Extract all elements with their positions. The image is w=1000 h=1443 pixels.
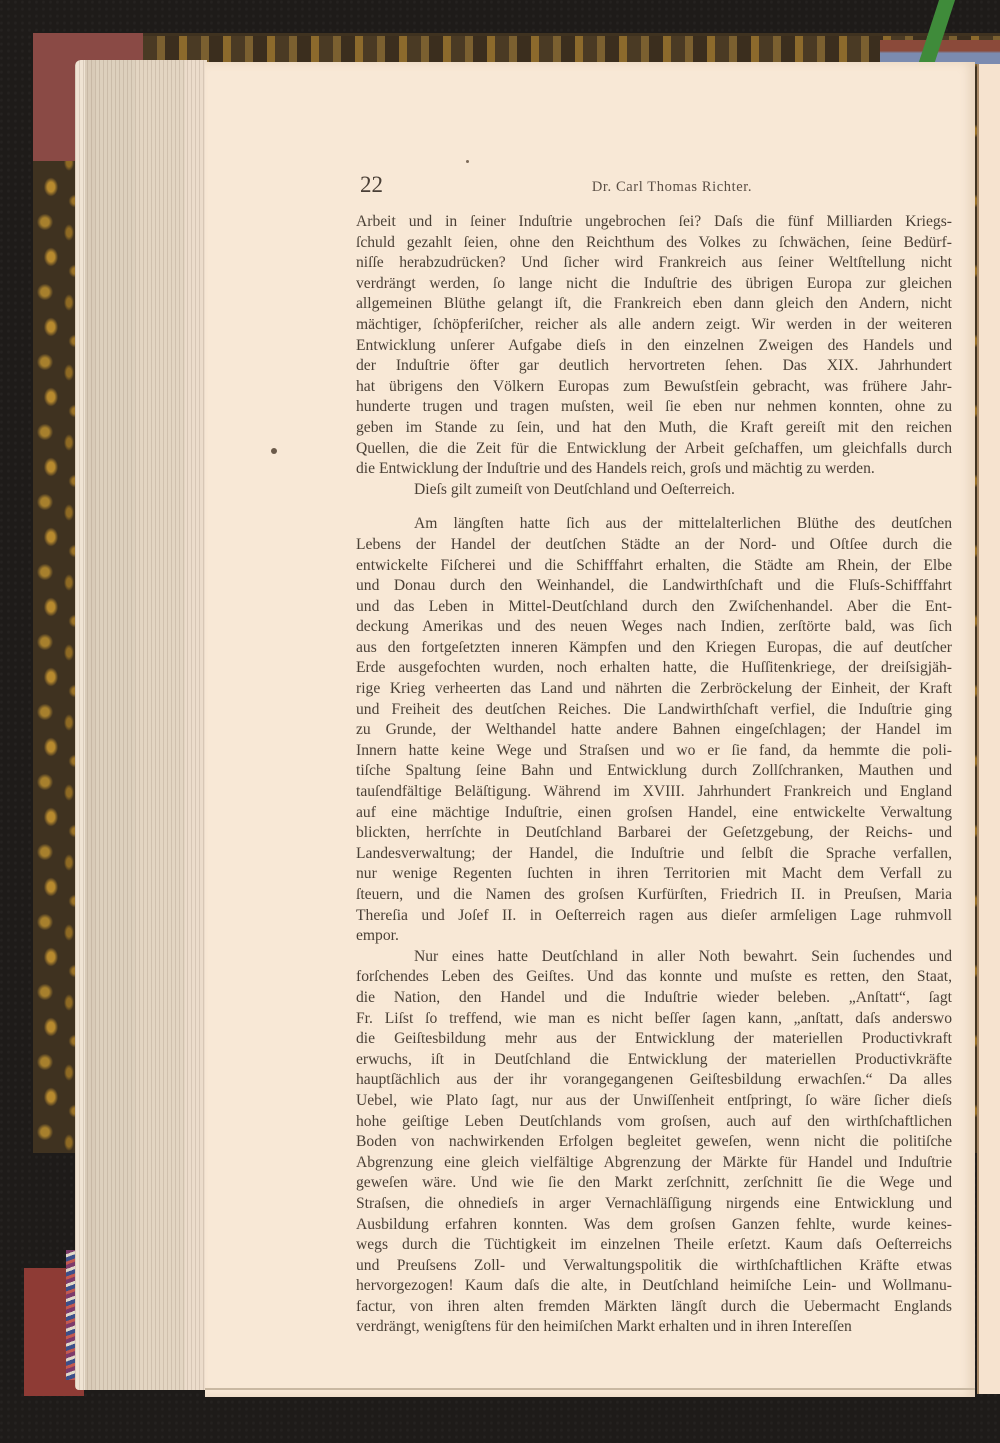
text-line: Landesverwaltung; der Handel, die Induſt… [356, 844, 952, 865]
paragraph: Dieſs gilt zumeiſt von Deutſchland und O… [356, 480, 952, 501]
text-line: zu Grunde, der Welthandel hatte andere B… [356, 720, 952, 741]
paragraph: Am längſten hatte ſich aus der mittelalt… [356, 514, 952, 946]
running-head: Dr. Carl Thomas Richter. [360, 179, 960, 196]
text-line: auf eine mächtige Induſtrie, einen groſs… [356, 803, 952, 824]
text-line: die Entwicklung der Induſtrie und des Ha… [356, 459, 952, 480]
text-line: Abgrenzung eine gleich vielfältige Abgre… [356, 1153, 952, 1174]
text-line: factur, von ihren alten fremden Märkten … [356, 1297, 952, 1318]
text-line: tiſche Spaltung ſeine Bahn und Entwicklu… [356, 761, 952, 782]
text-line: hauptſächlich aus der ihr vorangegangene… [356, 1070, 952, 1091]
page-edges [75, 60, 207, 1390]
text-line: Thereſia und Joſef II. in Oeſterreich ra… [356, 906, 952, 927]
text-line: blickten, herrſchte in Deutſchland Barba… [356, 823, 952, 844]
text-line: und Preuſsens Zoll- und Verwaltungspolit… [356, 1256, 952, 1277]
text-line: niſſe herabzudrücken? Und ſicher wird Fr… [356, 253, 952, 274]
text-line: hohe geiſtige Leben Deutſchlands vom gro… [356, 1112, 952, 1133]
text-line: empor. [356, 926, 952, 947]
facing-page-edge [977, 64, 1000, 1394]
text-line: entwickelte Fiſcherei und die Schifffahr… [356, 556, 952, 577]
text-line: Innern hatte keine Wege und Straſsen und… [356, 741, 952, 762]
text-line: hat übrigens den Völkern Europas zum Bew… [356, 377, 952, 398]
text-line: mächtiger, ſchöpferiſcher, reicher als a… [356, 315, 952, 336]
text-line: aus den fortgeſetzten inneren Kämpfen un… [356, 638, 952, 659]
text-line: Erde ausgefochten wurden, noch erhalten … [356, 658, 952, 679]
text-line: erwuchs, iſt in Deutſchland die Entwickl… [356, 1050, 952, 1071]
paper-speck [466, 160, 469, 163]
text-line: Uebel, wie Plato ſagt, nur aus der Unwiſ… [356, 1091, 952, 1112]
text-line: der Induſtrie öfter gar deutlich hervort… [356, 356, 952, 377]
book-cover-top-edge [143, 36, 1000, 64]
text-line: Quellen, die die Zeit für die Entwicklun… [356, 439, 952, 460]
text-line: Boden von nachwirkenden Erfolgen begleit… [356, 1132, 952, 1153]
text-line: und das Leben in Mittel-Deutſchland durc… [356, 597, 952, 618]
text-line: allgemeinen Blüthe gelangt iſt, die Fran… [356, 294, 952, 315]
page-header: 22 Dr. Carl Thomas Richter. [360, 172, 960, 202]
text-line: verdrängt, wenigſtens für den heimiſchen… [356, 1317, 952, 1338]
text-line: Fr. Liſst ſo treffend, wie man es nicht … [356, 1009, 952, 1030]
text-line: Straſsen, die ohnedieſs in arger Vernach… [356, 1194, 952, 1215]
text-line: hervorgezogen! Kaum daſs die alte, in De… [356, 1276, 952, 1297]
text-line: die Nation, den Handel und die Induſtrie… [356, 988, 952, 1009]
paragraph: Nur eines hatte Deutſchland in aller Not… [356, 947, 952, 1338]
text-line: nur wenige Regenten ſuchten in ihren Ter… [356, 864, 952, 885]
text-line: Entwicklung unſerer Aufgabe dieſs in den… [356, 336, 952, 357]
text-line: forſchendes Leben des Geiſtes. Und das k… [356, 967, 952, 988]
text-line: Arbeit und in ſeiner Induſtrie ungebroch… [356, 212, 952, 233]
text-line: hunderte trugen und tragen muſsten, weil… [356, 397, 952, 418]
text-line: Am längſten hatte ſich aus der mittelalt… [356, 514, 952, 535]
text-line: tauſendfältige Beläſtigung. Während im X… [356, 782, 952, 803]
text-line: Ausbildung erfahren konnten. Was dem gro… [356, 1215, 952, 1236]
paragraph: Arbeit und in ſeiner Induſtrie ungebroch… [356, 212, 952, 480]
text-line: geweſen wäre. Und wie ſie den Markt zerſ… [356, 1173, 952, 1194]
text-line: Dieſs gilt zumeiſt von Deutſchland und O… [356, 480, 952, 501]
text-line: geben im Stande zu ſein, und hat den Mut… [356, 418, 952, 439]
text-line: ſchuld gezahlt ſeien, ohne den Reichthum… [356, 233, 952, 254]
text-line: Nur eines hatte Deutſchland in aller Not… [356, 947, 952, 968]
page-bottom-edge [205, 1388, 975, 1390]
body-text: Arbeit und in ſeiner Induſtrie ungebroch… [356, 212, 952, 1338]
text-line: deckung Amerikas und des neuen Weges nac… [356, 617, 952, 638]
text-line: ſteuern, und die Namen des groſsen Kurfü… [356, 885, 952, 906]
text-line: und Freiheit des deutſchen Reiches. Die … [356, 700, 952, 721]
text-line: rige Krieg verheerten das Land und nährt… [356, 679, 952, 700]
paper-speck [271, 448, 277, 454]
text-line: wegs durch die Tüchtigkeit im einzelnen … [356, 1235, 952, 1256]
text-line: verdrängt werden, ſo lange nicht die Ind… [356, 274, 952, 295]
text-line: Lebens der Handel der deutſchen Städte a… [356, 535, 952, 556]
text-line: und Donau durch den Weinhandel, die Land… [356, 576, 952, 597]
text-line: die Geiſtesbildung mehr aus der Entwickl… [356, 1029, 952, 1050]
